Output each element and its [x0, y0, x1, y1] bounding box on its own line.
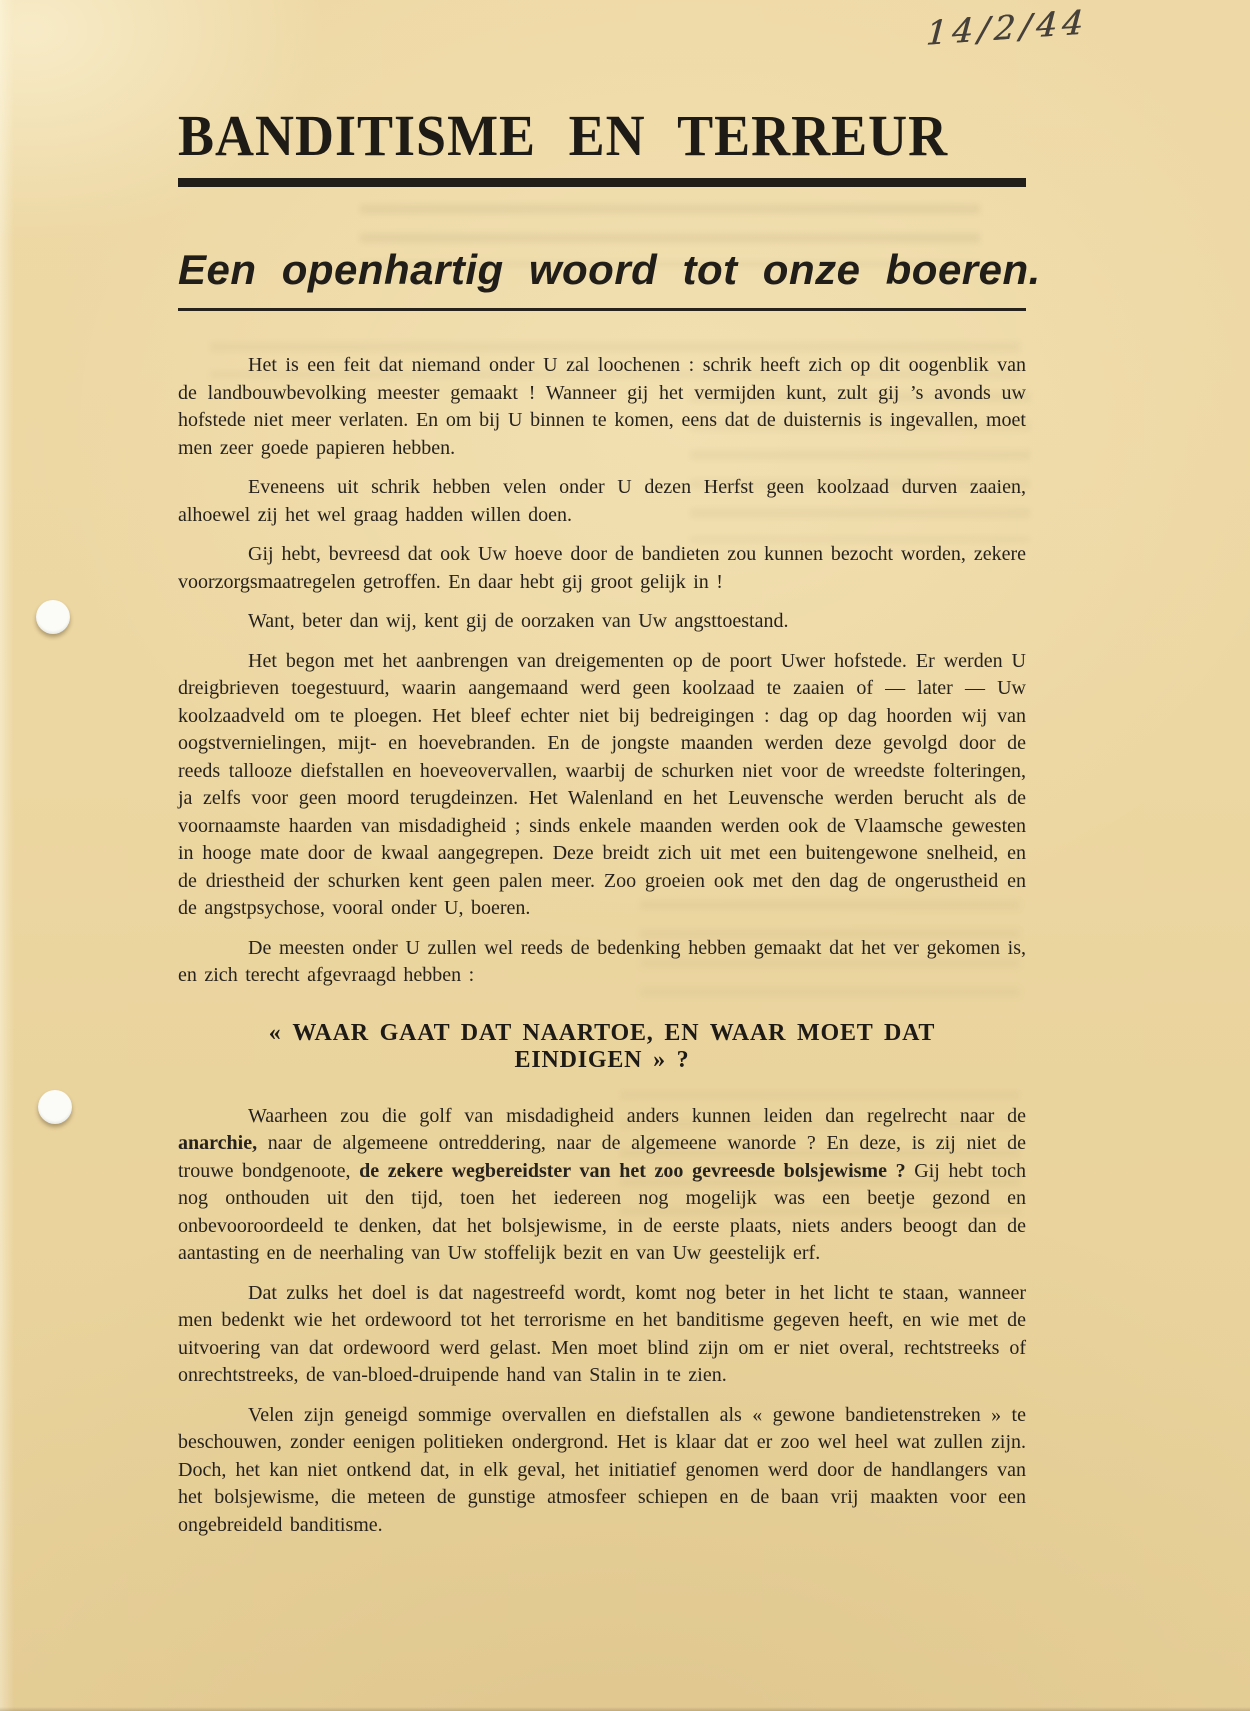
punch-hole-top: [36, 600, 70, 634]
paragraph: Het is een feit dat niemand onder U zal …: [178, 352, 1026, 462]
paragraph: Velen zijn geneigd sommige overvallen en…: [178, 1402, 1026, 1540]
document-page: 14/2/44 BANDITISME EN TERREUR Een openha…: [0, 0, 1250, 1711]
document-title: BANDITISME EN TERREUR: [178, 102, 1026, 169]
title-rule: [178, 178, 1026, 187]
body-text: Het is een feit dat niemand onder U zal …: [178, 352, 1026, 1539]
punch-hole-bottom: [38, 1090, 72, 1124]
document-subtitle: Een openhartig woord tot onze boeren.: [178, 245, 1026, 295]
paragraph: Het begon met het aanbrengen van dreigem…: [178, 648, 1026, 923]
section-heading: « WAAR GAAT DAT NAARTOE, EN WAAR MOET DA…: [178, 1020, 1026, 1075]
subtitle-rule: [178, 308, 1026, 311]
paragraph: De meesten onder U zullen wel reeds de b…: [178, 935, 1026, 990]
content-column: BANDITISME EN TERREUR Een openhartig woo…: [178, 0, 1026, 1551]
paragraph: Gij hebt, bevreesd dat ook Uw hoeve door…: [178, 541, 1026, 596]
paragraph: Waarheen zou die golf van misdadigheid a…: [178, 1103, 1026, 1268]
paragraph: Eveneens uit schrik hebben velen onder U…: [178, 474, 1026, 529]
paragraph: Want, beter dan wij, kent gij de oorzake…: [178, 608, 1026, 636]
paragraph: Dat zulks het doel is dat nagestreefd wo…: [178, 1280, 1026, 1390]
